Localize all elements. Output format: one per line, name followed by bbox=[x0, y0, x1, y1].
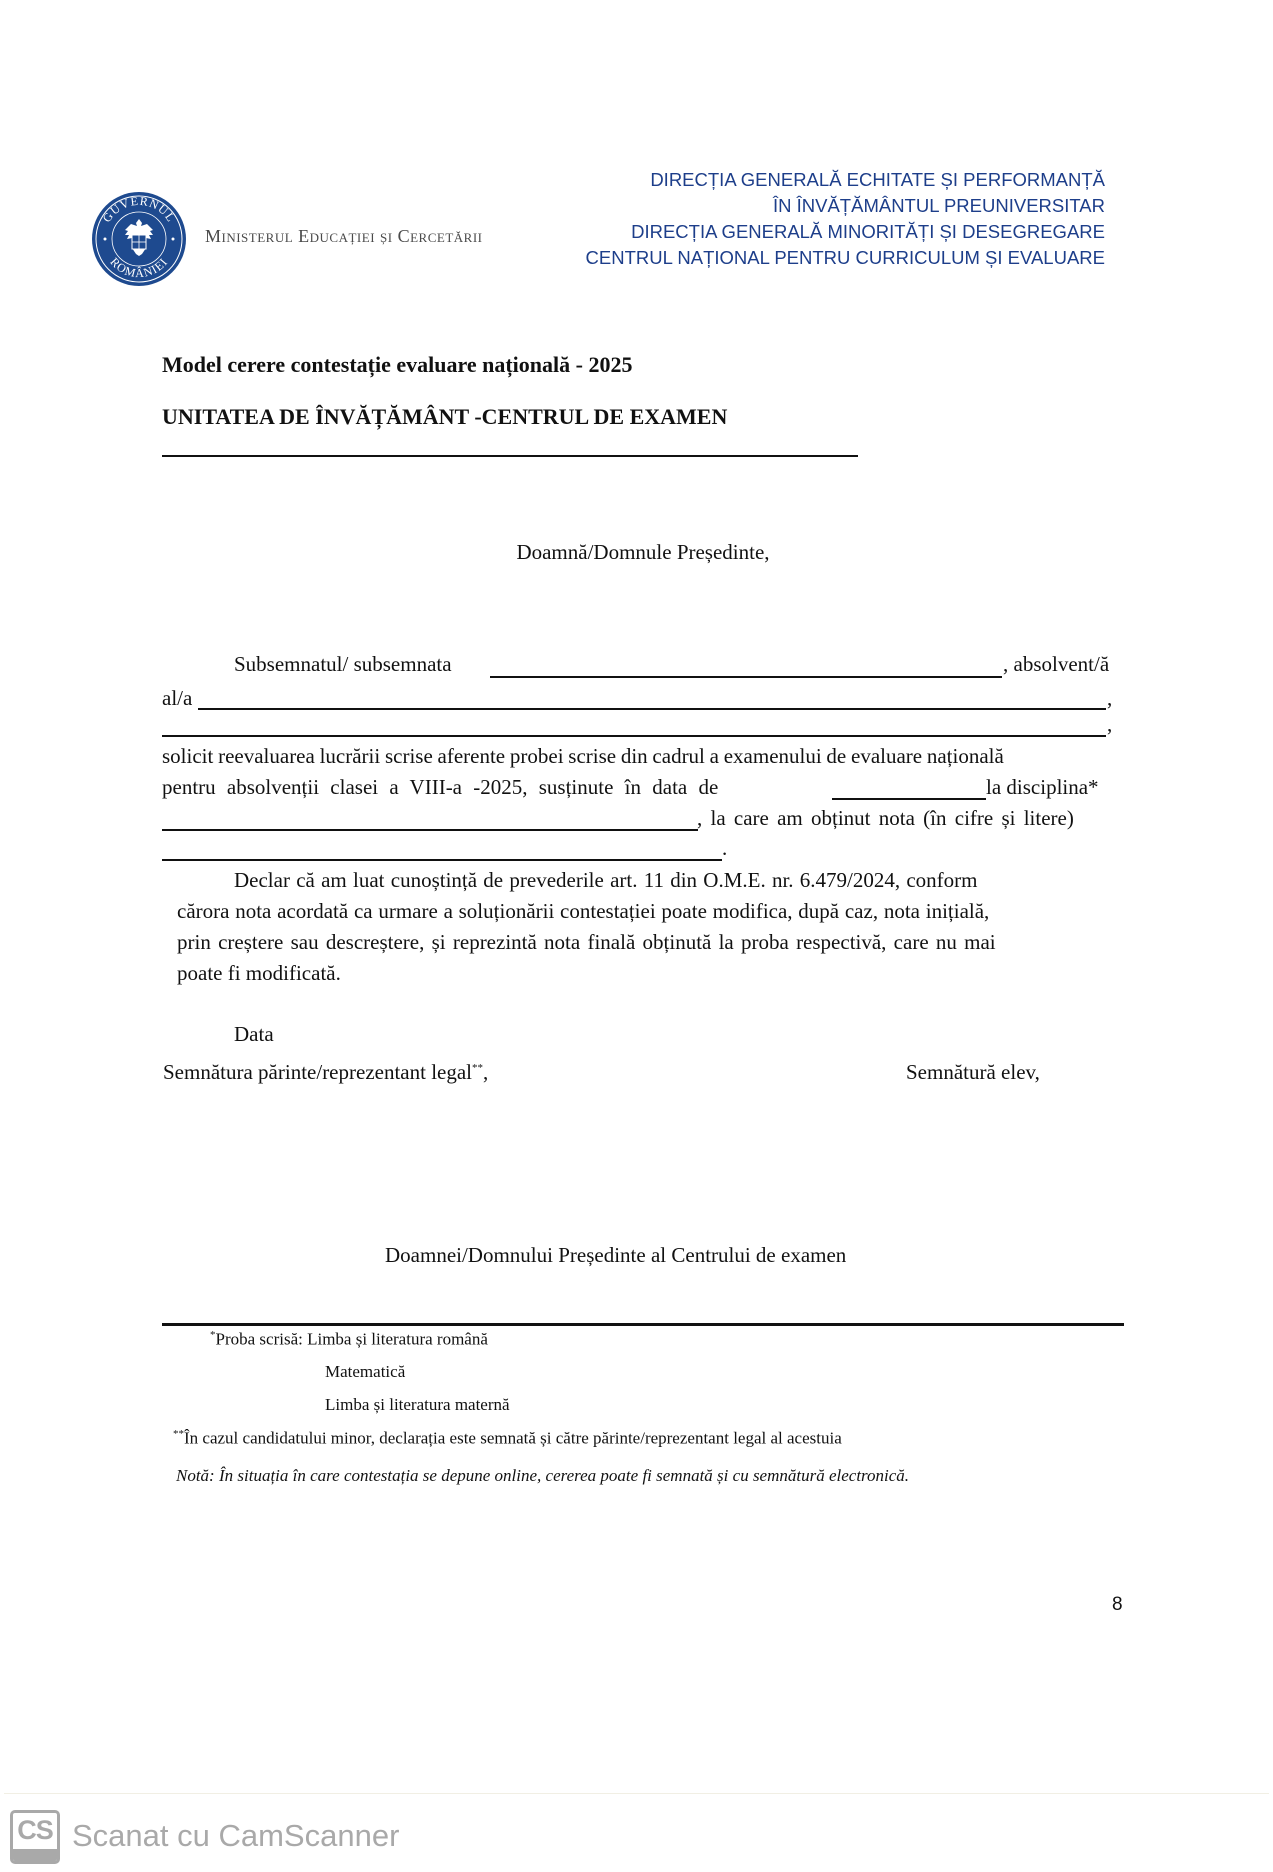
date-label: Data bbox=[234, 1022, 274, 1047]
body-text: , la care am obținut nota (în cifre și l… bbox=[697, 806, 1074, 831]
body-text: Subsemnatul/ subsemnata bbox=[234, 652, 452, 677]
camscanner-watermark: Scanat cu CamScanner bbox=[72, 1818, 399, 1854]
body-text: , bbox=[1107, 712, 1112, 737]
directorate-line: ÎN ÎNVĂȚĂMÂNTUL PREUNIVERSITAR bbox=[586, 193, 1105, 219]
footnote-divider bbox=[162, 1323, 1124, 1326]
camscanner-logo-icon: CS bbox=[10, 1810, 60, 1864]
footnote-mark: ** bbox=[173, 1428, 184, 1440]
student-signature-label: Semnătură elev, bbox=[906, 1060, 1040, 1085]
footnote-subject: Limba și literatura maternă bbox=[325, 1395, 510, 1415]
body-text: , absolvent/ă bbox=[1003, 652, 1109, 677]
directorate-line: CENTRUL NAȚIONAL PENTRU CURRICULUM ȘI EV… bbox=[586, 245, 1105, 271]
declaration-text: poate fi modificată. bbox=[177, 961, 341, 986]
declaration-text: cărora nota acordată ca urmare a soluțio… bbox=[177, 899, 989, 924]
parent-signature-text: Semnătura părinte/reprezentant legal bbox=[163, 1060, 472, 1084]
footnote-minor-text: În cazul candidatului minor, declarația … bbox=[184, 1429, 842, 1448]
body-text: al/a bbox=[162, 686, 192, 711]
addressee: Doamnei/Domnului Președinte al Centrului… bbox=[385, 1243, 846, 1268]
scan-divider bbox=[4, 1793, 1269, 1794]
body-text: . bbox=[722, 836, 727, 861]
exam-center-field[interactable] bbox=[162, 455, 858, 457]
camscanner-badge-bar bbox=[13, 1849, 57, 1861]
salutation: Doamnă/Domnule Președinte, bbox=[0, 540, 1273, 565]
school-continuation-field[interactable] bbox=[162, 735, 1106, 737]
camscanner-badge-text: CS bbox=[13, 1815, 57, 1846]
parent-signature-label: Semnătura părinte/reprezentant legal**, bbox=[163, 1060, 488, 1085]
directorate-line: DIRECȚIA GENERALĂ ECHITATE ȘI PERFORMANȚ… bbox=[586, 167, 1105, 193]
online-note: Notă: În situația în care contestația se… bbox=[176, 1466, 909, 1486]
student-name-field[interactable] bbox=[490, 676, 1002, 678]
footnote-subject: Matematică bbox=[325, 1362, 405, 1382]
parent-signature-suffix: , bbox=[483, 1060, 488, 1084]
footnote-mark: ** bbox=[472, 1062, 483, 1074]
discipline-field[interactable] bbox=[162, 829, 698, 831]
footnote-exam-text: Proba scrisă: Limba și literatura română bbox=[216, 1330, 488, 1349]
directorate-block: DIRECȚIA GENERALĂ ECHITATE ȘI PERFORMANȚ… bbox=[586, 167, 1105, 271]
exam-date-field[interactable] bbox=[832, 798, 986, 800]
footnote-exam: *Proba scrisă: Limba și literatura român… bbox=[210, 1329, 488, 1350]
body-text: solicit reevaluarea lucrării scrise afer… bbox=[162, 744, 1004, 769]
directorate-line: DIRECȚIA GENERALĂ MINORITĂȚI ȘI DESEGREG… bbox=[586, 219, 1105, 245]
declaration-text: prin creștere sau descreștere, și reprez… bbox=[177, 930, 996, 955]
body-text: pentru absolvenții clasei a VIII-a -2025… bbox=[162, 775, 718, 800]
document-subtitle: UNITATEA DE ÎNVĂȚĂMÂNT -CENTRUL DE EXAME… bbox=[162, 404, 727, 430]
footnote-minor: **În cazul candidatului minor, declarați… bbox=[173, 1428, 842, 1449]
body-text: , bbox=[1107, 686, 1112, 711]
grade-field[interactable] bbox=[162, 859, 722, 861]
document-title: Model cerere contestație evaluare națion… bbox=[162, 352, 632, 378]
body-text: la disciplina* bbox=[986, 775, 1099, 800]
page-number: 8 bbox=[1112, 1594, 1123, 1616]
ministry-name: Ministerul Educației și Cercetării bbox=[205, 226, 482, 247]
declaration-text: Declar că am luat cunoștință de preveder… bbox=[234, 868, 978, 893]
school-field[interactable] bbox=[198, 708, 1106, 710]
government-emblem-icon: GUVERNUL ROMÂNIEI bbox=[91, 191, 187, 287]
